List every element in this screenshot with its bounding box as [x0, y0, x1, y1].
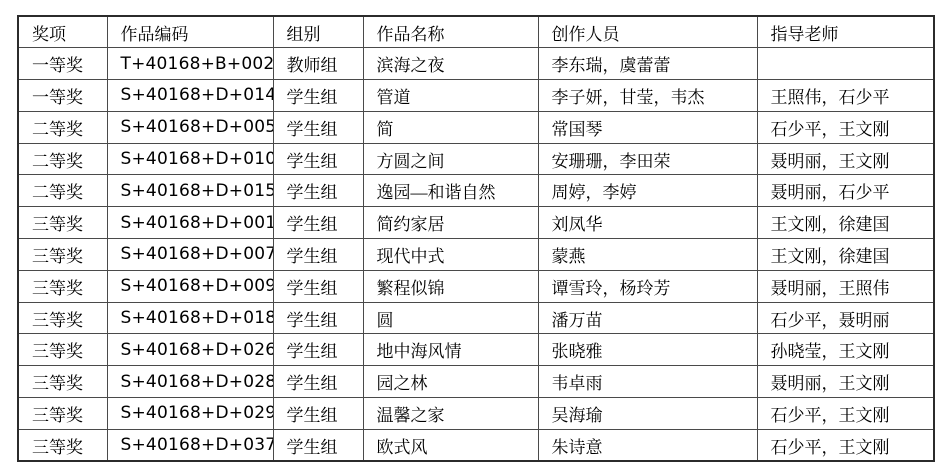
table-row: 三等奖S+40168+D+001学生组简约家居刘凤华王文刚，徐建国: [18, 207, 934, 239]
table-cell-creators: 朱诗意: [538, 429, 757, 461]
table-cell-teachers: 石少平，王文刚: [757, 111, 934, 143]
header-cell-group: 组别: [273, 16, 363, 48]
header-cell-award: 奖项: [18, 16, 107, 48]
table-cell-teachers: 孙晓莹，王文刚: [757, 334, 934, 366]
table-cell-award: 三等奖: [18, 270, 107, 302]
table-cell-creators: 潘万苗: [538, 302, 757, 334]
table-cell-group: 学生组: [273, 239, 363, 271]
table-cell-group: 教师组: [273, 48, 363, 80]
table-cell-award: 三等奖: [18, 429, 107, 461]
table-cell-code: S+40168+D+009: [107, 270, 273, 302]
table-row: 三等奖S+40168+D+028学生组园之林韦卓雨聂明丽，王文刚: [18, 366, 934, 398]
table-cell-group: 学生组: [273, 111, 363, 143]
table-cell-code: S+40168+D+028: [107, 366, 273, 398]
table-cell-title: 欧式风: [363, 429, 538, 461]
table-cell-teachers: 王文刚，徐建国: [757, 207, 934, 239]
document-page: 奖项 作品编码 组别 作品名称 创作人员 指导老师 一等奖T+40168+B+0…: [0, 0, 949, 476]
table-cell-title: 简约家居: [363, 207, 538, 239]
table-cell-code: S+40168+D+001: [107, 207, 273, 239]
table-row: 三等奖S+40168+D+026学生组地中海风情张晓雅孙晓莹，王文刚: [18, 334, 934, 366]
table-cell-creators: 蒙燕: [538, 239, 757, 271]
table-body: 一等奖T+40168+B+002教师组滨海之夜李东瑞，虞蕾蕾一等奖S+40168…: [18, 48, 934, 461]
table-cell-title: 温馨之家: [363, 398, 538, 430]
table-cell-teachers: 聂明丽，石少平: [757, 175, 934, 207]
table-cell-group: 学生组: [273, 366, 363, 398]
table-cell-code: S+40168+D+026: [107, 334, 273, 366]
table-cell-code: S+40168+D+007: [107, 239, 273, 271]
table-cell-teachers: 石少平，聂明丽: [757, 302, 934, 334]
header-row: 奖项 作品编码 组别 作品名称 创作人员 指导老师: [18, 16, 934, 48]
table-cell-title: 园之林: [363, 366, 538, 398]
table-cell-title: 现代中式: [363, 239, 538, 271]
table-cell-code: S+40168+D+005: [107, 111, 273, 143]
table-cell-group: 学生组: [273, 207, 363, 239]
table-row: 三等奖S+40168+D+029学生组温馨之家吴海瑜石少平，王文刚: [18, 398, 934, 430]
table-cell-title: 地中海风情: [363, 334, 538, 366]
table-cell-teachers: 聂明丽，王文刚: [757, 143, 934, 175]
table-cell-teachers: 石少平，王文刚: [757, 398, 934, 430]
table-cell-teachers: 聂明丽，王文刚: [757, 366, 934, 398]
table-cell-group: 学生组: [273, 398, 363, 430]
table-cell-group: 学生组: [273, 302, 363, 334]
table-cell-creators: 张晓雅: [538, 334, 757, 366]
table-row: 三等奖S+40168+D+009学生组繁程似锦谭雪玲，杨玲芳聂明丽，王照伟: [18, 270, 934, 302]
table-cell-code: T+40168+B+002: [107, 48, 273, 80]
table-cell-group: 学生组: [273, 143, 363, 175]
table-cell-creators: 刘凤华: [538, 207, 757, 239]
table-cell-title: 圆: [363, 302, 538, 334]
table-cell-code: S+40168+D+014: [107, 80, 273, 112]
table-row: 三等奖S+40168+D+007学生组现代中式蒙燕王文刚，徐建国: [18, 239, 934, 271]
table-cell-award: 二等奖: [18, 143, 107, 175]
table-cell-title: 简: [363, 111, 538, 143]
table-row: 二等奖S+40168+D+005学生组简常国琴石少平，王文刚: [18, 111, 934, 143]
table-cell-teachers: 王文刚，徐建国: [757, 239, 934, 271]
table-cell-teachers: 王照伟，石少平: [757, 80, 934, 112]
table-cell-award: 三等奖: [18, 334, 107, 366]
table-cell-creators: 谭雪玲，杨玲芳: [538, 270, 757, 302]
table-cell-award: 一等奖: [18, 48, 107, 80]
table-cell-award: 二等奖: [18, 111, 107, 143]
table-cell-teachers: 聂明丽，王照伟: [757, 270, 934, 302]
table-row: 二等奖S+40168+D+015学生组逸园—和谐自然周婷，李婷聂明丽，石少平: [18, 175, 934, 207]
table-cell-code: S+40168+D+010: [107, 143, 273, 175]
table-cell-award: 三等奖: [18, 239, 107, 271]
table-cell-title: 繁程似锦: [363, 270, 538, 302]
table-cell-code: S+40168+D+018: [107, 302, 273, 334]
table-cell-code: S+40168+D+029: [107, 398, 273, 430]
table-cell-title: 方圆之间: [363, 143, 538, 175]
table-cell-award: 三等奖: [18, 207, 107, 239]
table-cell-creators: 李东瑞，虞蕾蕾: [538, 48, 757, 80]
table-cell-award: 三等奖: [18, 302, 107, 334]
table-cell-title: 逸园—和谐自然: [363, 175, 538, 207]
table-cell-code: S+40168+D+037: [107, 429, 273, 461]
table-cell-group: 学生组: [273, 334, 363, 366]
table-cell-teachers: 石少平，王文刚: [757, 429, 934, 461]
header-cell-teachers: 指导老师: [757, 16, 934, 48]
table-cell-title: 管道: [363, 80, 538, 112]
table-cell-title: 滨海之夜: [363, 48, 538, 80]
awards-table: 奖项 作品编码 组别 作品名称 创作人员 指导老师 一等奖T+40168+B+0…: [17, 15, 935, 462]
table-row: 一等奖T+40168+B+002教师组滨海之夜李东瑞，虞蕾蕾: [18, 48, 934, 80]
table-cell-group: 学生组: [273, 270, 363, 302]
header-cell-code: 作品编码: [107, 16, 273, 48]
table-cell-award: 二等奖: [18, 175, 107, 207]
table-cell-award: 一等奖: [18, 80, 107, 112]
table-row: 二等奖S+40168+D+010学生组方圆之间安珊珊，李田荣聂明丽，王文刚: [18, 143, 934, 175]
table-cell-group: 学生组: [273, 175, 363, 207]
table-cell-creators: 安珊珊，李田荣: [538, 143, 757, 175]
table-cell-creators: 常国琴: [538, 111, 757, 143]
table-row: 一等奖S+40168+D+014学生组管道李子妍，甘莹，韦杰王照伟，石少平: [18, 80, 934, 112]
table-row: 三等奖S+40168+D+018学生组圆潘万苗石少平，聂明丽: [18, 302, 934, 334]
table-cell-group: 学生组: [273, 80, 363, 112]
header-cell-creators: 创作人员: [538, 16, 757, 48]
table-cell-creators: 韦卓雨: [538, 366, 757, 398]
table-cell-creators: 吴海瑜: [538, 398, 757, 430]
table-cell-creators: 周婷，李婷: [538, 175, 757, 207]
table-cell-award: 三等奖: [18, 398, 107, 430]
table-cell-code: S+40168+D+015: [107, 175, 273, 207]
header-cell-title: 作品名称: [363, 16, 538, 48]
table-cell-creators: 李子妍，甘莹，韦杰: [538, 80, 757, 112]
table-cell-award: 三等奖: [18, 366, 107, 398]
table-row: 三等奖S+40168+D+037学生组欧式风朱诗意石少平，王文刚: [18, 429, 934, 461]
table-cell-teachers: [757, 48, 934, 80]
table-cell-group: 学生组: [273, 429, 363, 461]
